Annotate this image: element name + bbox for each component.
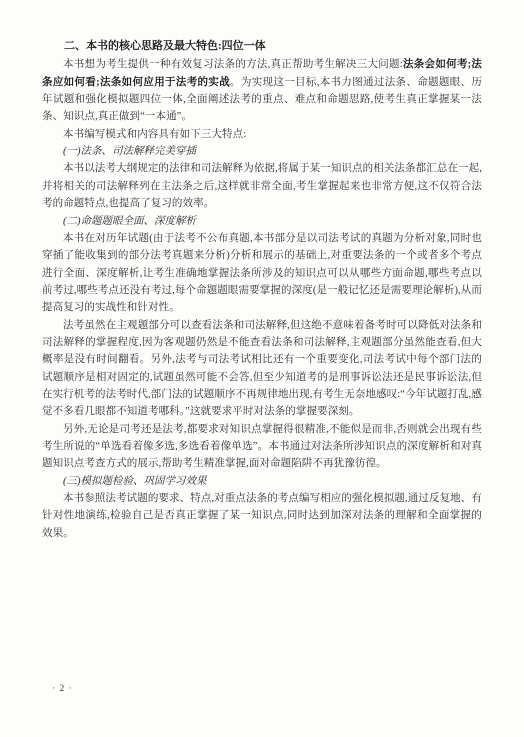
- paragraph-feature-2-precision: 另外,无论是司考还是法考,都要求对知识点掌握得很精准,不能似是而非,否则就会出现…: [42, 421, 482, 473]
- paragraph-feature-2-exam-change: 法考虽然在主观题部分可以查看法条和司法解释,但这绝不意味着备考时可以降低对法条和…: [42, 317, 482, 421]
- page-number: · 2 ·: [52, 684, 73, 694]
- paragraph-intro: 本书想为考生提供一种有效复习法条的方法,真正帮助考生解决三大问题:法条会如何考;…: [42, 56, 482, 125]
- subheading-feature-2: (二)命题题眼全面、深度解析: [42, 213, 482, 230]
- book-page: 二、本书的核心思路及最大特色:四位一体 本书想为考生提供一种有效复习法条的方法,…: [0, 0, 524, 737]
- paragraph-feature-1: 本书以法考大纲规定的法律和司法解释为依据,将属于某一知识点的相关法条都汇总在一起…: [42, 160, 482, 212]
- subheading-feature-3: (三)模拟题检验、巩固学习效果: [42, 473, 482, 490]
- subheading-feature-1: (一)法条、司法解释完美穿插: [42, 143, 482, 160]
- paragraph-feature-2-analysis: 本书在对历年试题(由于法考不公布真题,本书部分是以司法考试的真题为分析对象,同时…: [42, 230, 482, 317]
- paragraph-feature-3: 本书参照法考试题的要求、特点,对重点法条的考点编写相应的强化模拟题,通过反复地、…: [42, 490, 482, 542]
- paragraph-features-lead: 本书编写模式和内容具有如下三大特点:: [42, 126, 482, 143]
- section-heading: 二、本书的核心思路及最大特色:四位一体: [42, 38, 482, 55]
- intro-text-pre: 本书想为考生提供一种有效复习法条的方法,真正帮助考生解决三大问题:: [63, 59, 403, 70]
